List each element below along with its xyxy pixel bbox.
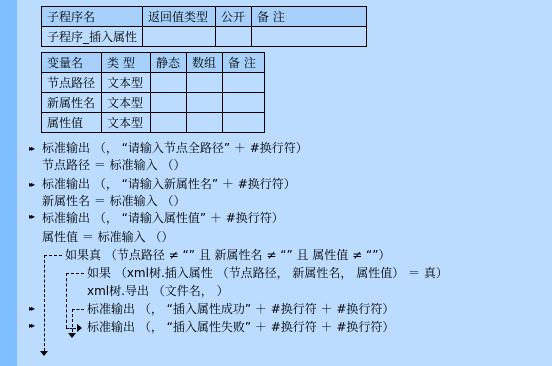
flow-line [66, 328, 76, 329]
variable-row: 节点路径 文本型 [42, 73, 265, 93]
subroutine-row: 子程序_插入属性 [42, 27, 367, 47]
code-line[interactable]: 标准输出 （， “插入属性失败” ＋ #换行符 ＋ #换行符） [87, 319, 394, 335]
var-array-cell[interactable] [187, 113, 223, 133]
remark-cell[interactable] [252, 27, 367, 47]
var-type-cell[interactable]: 文本型 [102, 113, 151, 133]
code-line[interactable]: 标准输出 （， “请输入属性值” ＋ #换行符） [42, 210, 284, 226]
flow-line [44, 255, 62, 256]
code-line[interactable]: 如果 （xml树.插入属性 （节点路径， 新属性名， 属性值） ＝ 真） [87, 265, 448, 281]
var-remark-cell[interactable] [223, 113, 265, 133]
output-marker-icon: ▸▸ [29, 180, 33, 189]
output-marker-icon: ▸▸ [29, 212, 33, 221]
header-array: 数组 [187, 53, 223, 73]
header-var-name: 变量名 [42, 53, 102, 73]
left-gutter [0, 0, 17, 366]
code-line[interactable]: 标准输出 （， “插入属性成功” ＋ #换行符 ＋ #换行符） [87, 301, 394, 317]
flow-line [44, 255, 45, 351]
subroutine-header-row: 子程序名 返回值类型 公开 备 注 [42, 7, 367, 27]
flow-arrow-right-icon [77, 324, 82, 332]
flow-arrow-down-icon [40, 351, 48, 356]
code-line[interactable]: 如果真 （节点路径 ≠ “” 且 新属性名 ≠ “” 且 属性值 ≠ “”） [65, 247, 390, 263]
flow-line [72, 309, 73, 332]
code-line[interactable]: xml树.导出 （文件名， ） [87, 283, 229, 299]
code-line[interactable]: 标准输出 （， “请输入新属性名” ＋ #换行符） [42, 176, 296, 192]
variable-row: 属性值 文本型 [42, 113, 265, 133]
code-line[interactable]: 节点路径 ＝ 标准输入 （） [42, 157, 185, 173]
variable-table: 变量名 类 型 静态 数组 备 注 节点路径 文本型 新属性名 文本型 属性值 … [41, 52, 265, 133]
code-line[interactable]: 标准输出 （， “请输入节点全路径” ＋ #换行符） [42, 140, 308, 156]
subroutine-name-cell[interactable]: 子程序_插入属性 [42, 27, 143, 47]
header-public: 公开 [216, 7, 252, 27]
flow-line [66, 273, 67, 328]
var-array-cell[interactable] [187, 73, 223, 93]
var-static-cell[interactable] [151, 113, 187, 133]
var-static-cell[interactable] [151, 93, 187, 113]
var-name-cell[interactable]: 节点路径 [42, 73, 102, 93]
code-line[interactable]: 属性值 ＝ 标准输入 （） [42, 229, 173, 245]
var-remark-cell[interactable] [223, 93, 265, 113]
var-array-cell[interactable] [187, 93, 223, 113]
var-name-cell[interactable]: 新属性名 [42, 93, 102, 113]
header-subroutine-name: 子程序名 [42, 7, 143, 27]
flow-arrow-down-icon [68, 333, 76, 338]
var-type-cell[interactable]: 文本型 [102, 93, 151, 113]
variable-row: 新属性名 文本型 [42, 93, 265, 113]
variable-header-row: 变量名 类 型 静态 数组 备 注 [42, 53, 265, 73]
flow-line [72, 309, 84, 310]
header-var-remark: 备 注 [223, 53, 265, 73]
return-type-cell[interactable] [143, 27, 216, 47]
var-static-cell[interactable] [151, 73, 187, 93]
subroutine-table: 子程序名 返回值类型 公开 备 注 子程序_插入属性 [41, 6, 367, 47]
header-type: 类 型 [102, 53, 151, 73]
header-remark: 备 注 [252, 7, 367, 27]
header-static: 静态 [151, 53, 187, 73]
var-type-cell[interactable]: 文本型 [102, 73, 151, 93]
flow-line [66, 273, 84, 274]
header-return-type: 返回值类型 [143, 7, 216, 27]
var-remark-cell[interactable] [223, 73, 265, 93]
var-name-cell[interactable]: 属性值 [42, 113, 102, 133]
output-marker-icon: ▸▸ [29, 144, 33, 153]
code-line[interactable]: 新属性名 ＝ 标准输入 （） [42, 193, 185, 209]
public-cell[interactable] [216, 27, 252, 47]
output-marker-icon: ▸▸ [29, 304, 33, 313]
output-marker-icon: ▸▸ [29, 321, 33, 330]
